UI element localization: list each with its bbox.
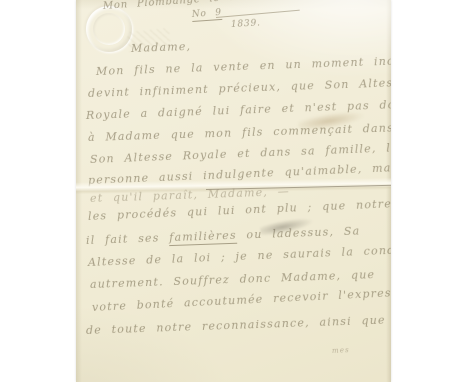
handwriting-line: votre bonté accoutumée recevoir l'expres… <box>92 286 391 313</box>
dateline-flourish <box>216 10 300 18</box>
salutation: Madame, <box>131 41 192 54</box>
letter-photo: Mon Plombange le 8me avril No 9 1839. Ma… <box>0 0 468 382</box>
letter-number: No 9 <box>192 9 223 22</box>
handwriting-line-underlined: il fait ses familières ou ladessus, Sa <box>86 225 361 246</box>
seal-inner-ring <box>93 13 125 45</box>
handwriting-line: de toute notre reconnaissance, ainsi que <box>86 315 386 336</box>
end-mark: mes <box>332 347 350 355</box>
handwriting-line: Son Altesse Royale et dans sa famille, l… <box>90 142 391 165</box>
line-segment: il fait ses <box>86 231 170 247</box>
handwriting-line: Altesse de la loi ; je ne saurais la con… <box>88 243 391 268</box>
handwriting-line: devint infiniment précieux, que Son Alte… <box>88 77 391 99</box>
handwriting-line: Mon fils ne la vente en un moment inouï,… <box>96 54 391 77</box>
letter-paper: Mon Plombange le 8me avril No 9 1839. Ma… <box>76 0 391 382</box>
underlined-word: familières <box>169 229 237 246</box>
letter-year: 1839. <box>231 19 261 30</box>
embossed-seal-icon <box>86 6 132 52</box>
handwriting-line: autrement. Souffrez donc Madame, que <box>90 269 376 290</box>
